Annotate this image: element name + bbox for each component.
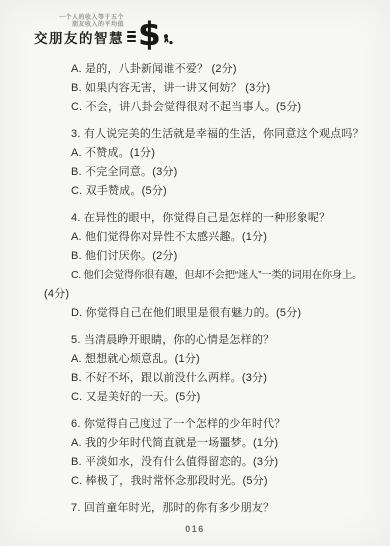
option-line: C. 不会，讲八卦会觉得很对不起当事人。(5分) [44, 98, 346, 117]
wrap-line: (4分) [44, 285, 346, 304]
option-line: C. 他们会觉得你很有趣，但却不会把“迷人”一类的词用在你身上。 [44, 266, 346, 285]
option-line: C. 棒极了，我时常怀念那段时光。(5分) [44, 472, 346, 491]
option-line: C. 双手赞成。(5分) [44, 182, 346, 201]
speed-lines-icon [127, 31, 136, 43]
series-tagline-line2: 朋友收入的平均值 [72, 22, 124, 29]
chapter-title: 交朋友的智慧 [34, 31, 124, 46]
chapter-header: 一个人的收入等于五个 朋友收入的平均值 交朋友的智慧 $ [34, 15, 175, 46]
series-tagline-line1: 一个人的收入等于五个 [59, 15, 124, 22]
chapter-header-text: 一个人的收入等于五个 朋友收入的平均值 交朋友的智慧 [34, 15, 124, 46]
question-3: 3. 有人说完美的生活就是幸福的生活，你同意这个观点吗？A. 不赞成。(1分)B… [44, 125, 346, 201]
option-line: A. 我的少年时代简直就是一场噩梦。(1分) [44, 434, 346, 453]
option-line: C. 又是美好的一天。(5分) [44, 388, 346, 407]
question-text: 6. 你觉得自己度过了一个怎样的少年时代？ [44, 415, 346, 434]
question-text: 7. 回首童年时光，那时的你有多少朋友？ [44, 499, 346, 518]
option-line: B. 他们讨厌你。(2分) [44, 247, 346, 266]
question-6: 6. 你觉得自己度过了一个怎样的少年时代？A. 我的少年时代简直就是一场噩梦。(… [44, 415, 346, 491]
question-text: 4. 在异性的眼中，你觉得自己是怎样的一种形象呢？ [44, 209, 346, 228]
book-page: 一个人的收入等于五个 朋友收入的平均值 交朋友的智慧 $ A. 是的，八卦新闻谁… [0, 0, 390, 546]
question-7: 7. 回首童年时光，那时的你有多少朋友？ [44, 499, 346, 518]
option-line: A. 不赞成。(1分) [44, 144, 346, 163]
option-line: B. 平淡如水，没有什么值得留恋的。(3分) [44, 453, 346, 472]
option-line: B. 如果内容无害，讲一讲又何妨？ (3分) [44, 79, 346, 98]
question-text: 5. 当清晨睁开眼睛，你的心情是怎样的？ [44, 331, 346, 350]
question-4: 4. 在异性的眼中，你觉得自己是怎样的一种形象呢？A. 他们觉得你对异性不太感兴… [44, 209, 346, 323]
page-number: 016 [185, 524, 205, 534]
quiz-content: A. 是的，八卦新闻谁不爱？ (2分)B. 如果内容无害，讲一讲又何妨？ (3分… [0, 60, 390, 526]
option-line: A. 想想就心烦意乱。(1分) [44, 350, 346, 369]
question-5: 5. 当清晨睁开眼睛，你的心情是怎样的？A. 想想就心烦意乱。(1分)B. 不好… [44, 331, 346, 407]
dollar-sign-icon: $ [138, 21, 160, 47]
option-line: B. 不好不坏，跟以前没什么两样。(3分) [44, 369, 346, 388]
question-2-options: A. 是的，八卦新闻谁不爱？ (2分)B. 如果内容无害，讲一讲又何妨？ (3分… [44, 60, 346, 117]
question-text: 3. 有人说完美的生活就是幸福的生活，你同意这个观点吗？ [44, 125, 346, 144]
option-line: B. 不完全同意。(3分) [44, 163, 346, 182]
option-line: A. 是的，八卦新闻谁不爱？ (2分) [44, 60, 346, 79]
dollar-logo: $ [127, 21, 175, 46]
option-line: A. 他们觉得你对异性不太感兴趣。(1分) [44, 228, 346, 247]
option-line: D. 你觉得自己在他们眼里是很有魅力的。(5分) [44, 304, 346, 323]
page-footer: 016 [0, 519, 390, 537]
tiny-person-icon [161, 32, 175, 46]
